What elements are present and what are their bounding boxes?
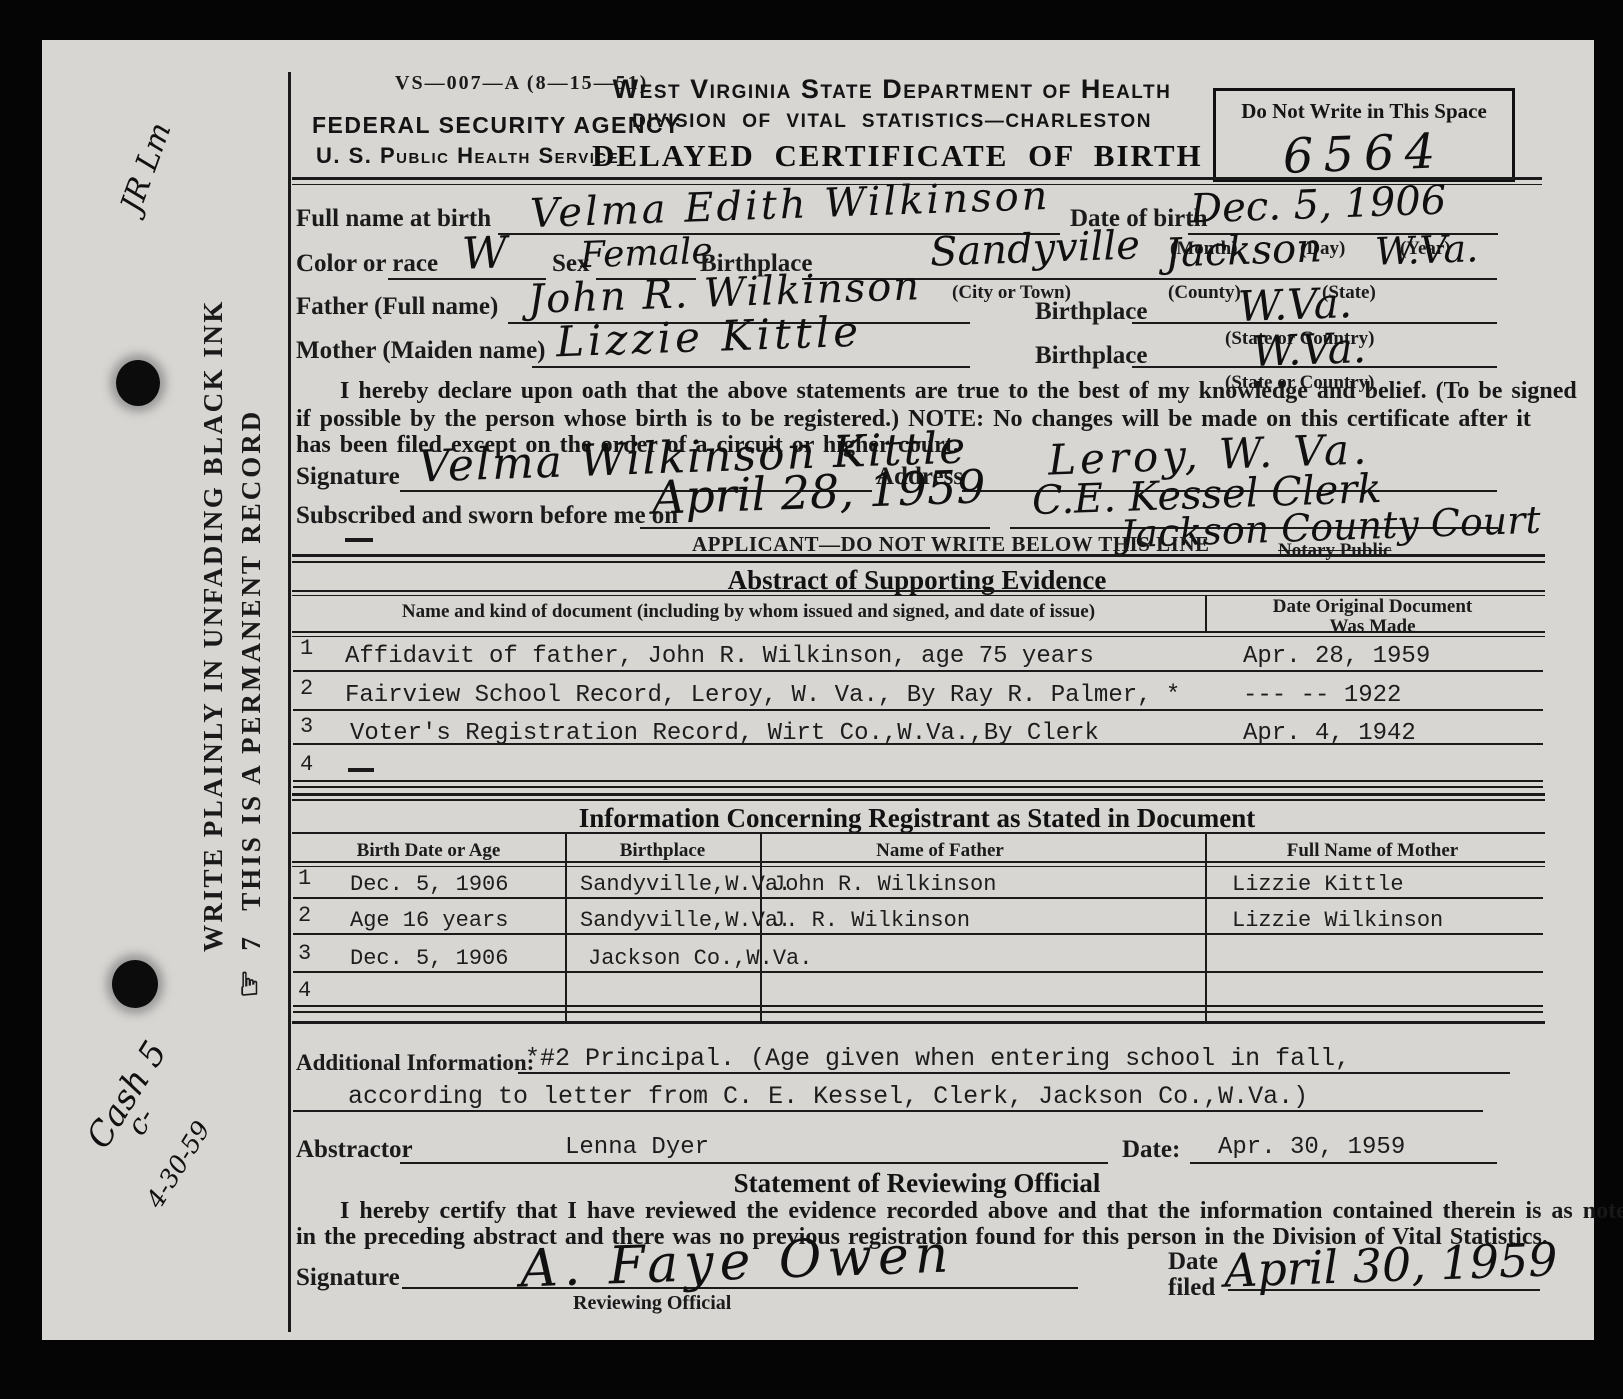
registrant-row4-num: 4 <box>298 978 311 1003</box>
stamp-box-label: Do Not Write in This Space <box>1216 99 1512 124</box>
date-filed-label-line2: filed <box>1168 1274 1215 1302</box>
sex-value: Female <box>579 231 713 277</box>
declaration-line1: I hereby declare upon oath that the abov… <box>340 378 1577 405</box>
evidence-row2-date: --- -- 1922 <box>1243 682 1401 709</box>
registrant-divider-3 <box>1205 833 1207 1022</box>
additional-info-underline1 <box>518 1072 1510 1074</box>
margin-notice-ink-text: WRITE PLAINLY IN UNFADING BLACK INK <box>198 299 228 952</box>
review-signature-label: Signature <box>296 1264 400 1292</box>
header-block: West Virginia State Department of Health… <box>592 74 1192 174</box>
registrant-row1-num: 1 <box>298 866 311 891</box>
date-filed-label-line1: Date <box>1168 1248 1218 1276</box>
mother-label: Mother (Maiden name) <box>296 337 546 365</box>
registrant-row2-line <box>293 933 1543 935</box>
registrant-row1-birth: Dec. 5, 1906 <box>350 872 508 897</box>
certificate-title: DELAYED CERTIFICATE OF BIRTH <box>592 138 1192 174</box>
registrant-title-rule <box>292 832 1545 834</box>
punch-hole-top <box>116 360 160 406</box>
registrant-row2-birthplace: Sandyville,W.Va. <box>580 908 791 933</box>
evidence-header-rule1 <box>292 631 1545 633</box>
margin-notice-ink: WRITE PLAINLY IN UNFADING BLACK INK <box>198 299 229 952</box>
registrant-row2-father: J. R. Wilkinson <box>772 908 970 933</box>
registrant-row1-line <box>293 897 1543 899</box>
registrant-row1-father: John R. Wilkinson <box>772 872 996 897</box>
section1-rule-thin <box>292 561 1545 563</box>
registrant-header-rule1 <box>292 861 1545 863</box>
section2-rule-thick <box>292 793 1545 796</box>
evidence-header-rule2 <box>292 636 1545 637</box>
form-left-rule <box>288 72 291 1332</box>
registrant-row1-mother: Lizzie Kittle <box>1232 872 1404 897</box>
registrant-row4-line2 <box>293 1011 1543 1013</box>
additional-info-label: Additional Information: <box>296 1050 534 1076</box>
reviewing-official-sublabel: Reviewing Official <box>573 1292 731 1315</box>
division-title: DIVISION OF VITAL STATISTICS—CHARLESTON <box>592 111 1192 133</box>
scanned-birth-certificate: JR Lm Cash 5 c- 4-30-59 WRITE PLAINLY IN… <box>0 0 1623 1399</box>
registrant-header-rule2 <box>292 866 1545 867</box>
margin-notice-permanent: ☞ 7 THIS IS A PERMANENT RECORD <box>230 409 268 998</box>
margin-notice-permanent-text: THIS IS A PERMANENT RECORD <box>236 409 266 911</box>
registrant-row3-birth: Dec. 5, 1906 <box>350 946 508 971</box>
abstractor-date-label: Date: <box>1122 1136 1180 1164</box>
race-value: W <box>461 227 508 280</box>
birthplace-state-value: W.Va. <box>1374 226 1479 274</box>
abstractor-label: Abstractor <box>296 1136 413 1164</box>
registrant-row2-mother: Lizzie Wilkinson <box>1232 908 1443 933</box>
evidence-row1-num: 1 <box>300 636 313 661</box>
registrant-header-col2: Birthplace <box>565 840 760 862</box>
evidence-header-divider <box>1205 595 1207 631</box>
evidence-row1-date: Apr. 28, 1959 <box>1243 643 1430 670</box>
evidence-row3-num: 3 <box>300 714 313 739</box>
registrant-row3-line <box>293 971 1543 973</box>
signature-label: Signature <box>296 463 400 491</box>
evidence-row1-line <box>293 670 1543 672</box>
registrant-divider-1 <box>565 833 567 1022</box>
agency-service: U. S. Public Health Service <box>316 143 619 169</box>
abstractor-value: Lenna Dyer <box>565 1134 709 1161</box>
evidence-header-col2-line1: Date Original Document <box>1205 596 1540 618</box>
sworn-label: Subscribed and sworn before me on <box>296 502 678 530</box>
registrant-row1-birthplace: Sandyville,W.Va. <box>580 872 791 897</box>
registrant-row3-birthplace: Jackson Co.,W.Va. <box>588 946 812 971</box>
abstractor-date-value: Apr. 30, 1959 <box>1218 1134 1405 1161</box>
race-label: Color or race <box>296 250 438 278</box>
mother-line <box>532 366 970 368</box>
dash-artifact-2 <box>348 768 374 772</box>
registrant-header-col4: Full Name of Mother <box>1205 840 1540 862</box>
registrant-row2-num: 2 <box>298 903 311 928</box>
evidence-row2-text: Fairview School Record, Leroy, W. Va., B… <box>345 682 1180 709</box>
evidence-row3-line <box>293 743 1543 745</box>
evidence-row2-line <box>293 709 1543 711</box>
margin-notice-number: 7 <box>236 934 266 951</box>
birthplace-city-value: Sandyville <box>929 222 1140 275</box>
evidence-row4-line1 <box>293 780 1543 782</box>
manicule-icon: ☞ <box>231 966 267 998</box>
registrant-header-col1: Birth Date or Age <box>292 840 565 862</box>
dash-artifact-1 <box>345 538 373 542</box>
birthplace-county-value: Jackson <box>1164 225 1322 276</box>
registrant-row4-line1 <box>293 1005 1543 1007</box>
registrant-title: Information Concerning Registrant as Sta… <box>292 803 1542 834</box>
dob-value: Dec. 5, 1906 <box>1189 178 1447 233</box>
sworn-date-line <box>640 527 990 529</box>
abstractor-date-line <box>1190 1162 1497 1164</box>
evidence-row4-line2 <box>293 786 1543 788</box>
review-title: Statement of Reviewing Official <box>292 1168 1542 1199</box>
stamp-box: Do Not Write in This Space 6564 <box>1213 88 1515 182</box>
section2-rule-thin <box>292 799 1545 801</box>
registrant-header-col3: Name of Father <box>760 840 1120 862</box>
father-label: Father (Full name) <box>296 293 498 321</box>
evidence-row2-num: 2 <box>300 676 313 701</box>
evidence-row4-num: 4 <box>300 752 313 777</box>
section1-rule-thick <box>292 554 1545 557</box>
department-title: West Virginia State Department of Health <box>592 74 1192 105</box>
abstractor-line <box>400 1162 1108 1164</box>
punch-hole-bottom <box>112 960 158 1008</box>
mother-bp-label: Birthplace <box>1035 342 1148 370</box>
additional-info-underline2 <box>293 1110 1483 1112</box>
bp-sub-county: (County) <box>1168 282 1241 304</box>
evidence-header-col2-line2: Was Made <box>1205 616 1540 638</box>
mother-bp-value: W.Va. <box>1251 323 1367 376</box>
registrant-bottom-rule <box>292 1021 1545 1024</box>
registrant-row2-birth: Age 16 years <box>350 908 508 933</box>
additional-info-line1: *#2 Principal. (Age given when entering … <box>525 1044 1350 1073</box>
additional-info-line2: according to letter from C. E. Kessel, C… <box>348 1082 1308 1111</box>
evidence-row1-text: Affidavit of father, John R. Wilkinson, … <box>345 643 1094 670</box>
evidence-title-rule1 <box>292 590 1545 592</box>
evidence-header-col1: Name and kind of document (including by … <box>292 601 1205 623</box>
father-bp-label: Birthplace <box>1035 298 1148 326</box>
registrant-row3-num: 3 <box>298 941 311 966</box>
review-line1: I hereby certify that I have reviewed th… <box>340 1198 1623 1225</box>
